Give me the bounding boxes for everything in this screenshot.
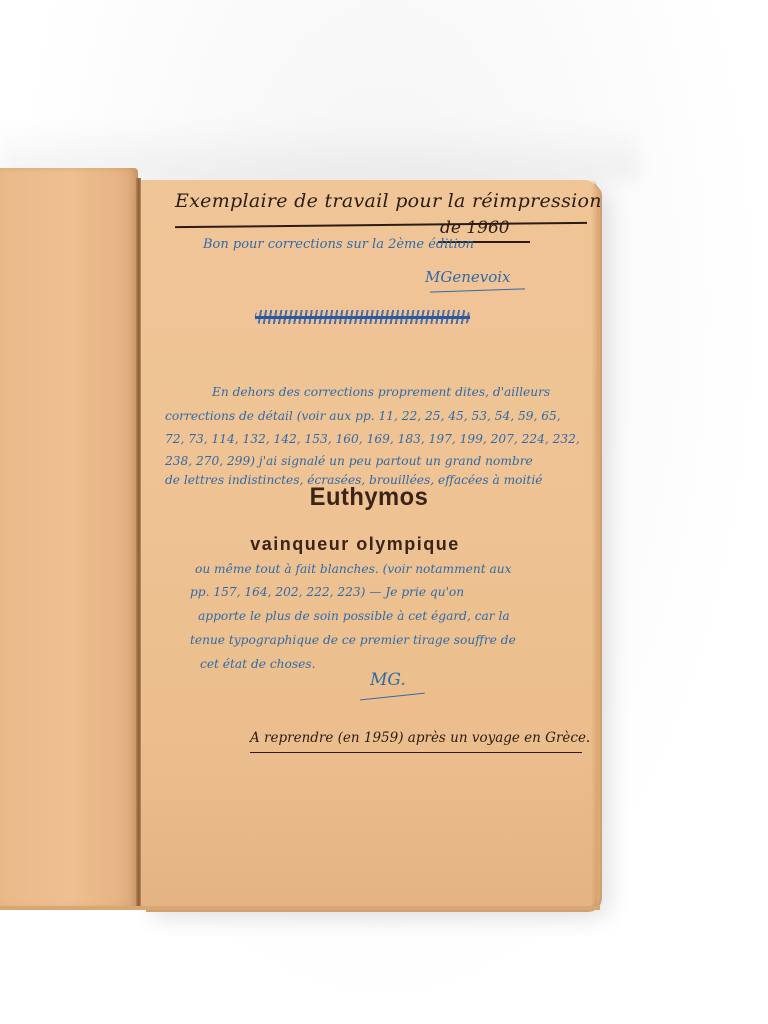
note-line: En dehors des corrections proprement dit…: [212, 386, 550, 398]
signature-top: MGenevoix: [425, 268, 511, 286]
annotation-year: de 1960: [440, 218, 510, 238]
signature-bottom: MG.: [370, 670, 406, 690]
note-line: 72, 73, 114, 132, 142, 153, 160, 169, 18…: [165, 433, 580, 445]
note-line: ou même tout à fait blanches. (voir nota…: [195, 563, 511, 575]
photo-scene: Exemplaire de travail pour la réimpressi…: [0, 0, 768, 1024]
left-page: [0, 168, 138, 908]
note-line: corrections de détail (voir aux pp. 11, …: [165, 410, 561, 422]
note-line: cet état de choses.: [200, 658, 315, 670]
note-line: apporte le plus de soin possible à cet é…: [198, 610, 510, 622]
strike-line: [255, 316, 470, 319]
printed-title: Euthymos: [152, 483, 585, 512]
note-line: pp. 157, 164, 202, 222, 223) — Je prie q…: [190, 586, 464, 598]
annotation-reprendre: A reprendre (en 1959) après un voyage en…: [250, 730, 590, 746]
note-line: 238, 270, 299) j'ai signalé un peu parto…: [165, 455, 533, 467]
printed-subtitle: vainqueur olympique: [127, 534, 583, 555]
note-line: tenue typographique de ce premier tirage…: [190, 634, 516, 646]
annotation-bon-pour: Bon pour corrections sur la 2ème édition: [203, 237, 474, 252]
annotation-heading: Exemplaire de travail pour la réimpressi…: [175, 190, 602, 212]
book-bottom-edge: [0, 906, 600, 910]
annotation-reprendre-underline: [250, 752, 582, 753]
